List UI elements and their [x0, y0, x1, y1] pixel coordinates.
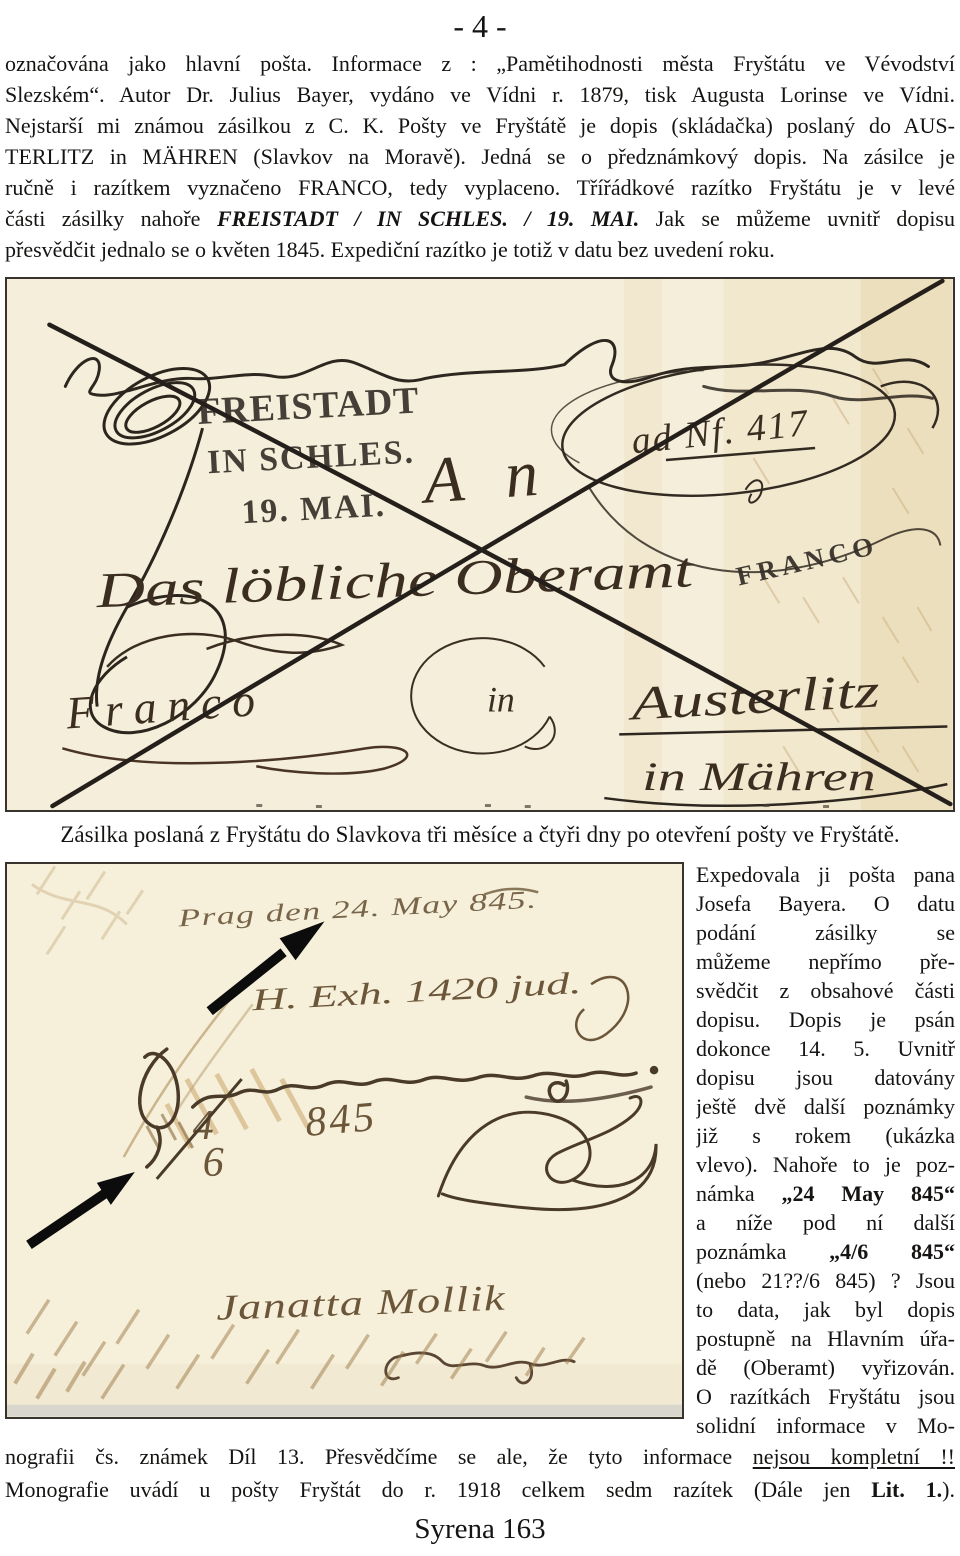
- letter-photo-1845-austerlitz: FREISTADT IN SCHLES. 19. MAI. ad Nf. 417…: [5, 277, 955, 812]
- fraction-denominator: 6: [203, 1140, 224, 1186]
- letter-detail-svg: Prag den 24. May 845. H. Exh. 1420 jud.: [7, 864, 682, 1417]
- right-column-line: a níže pod ní další: [696, 1208, 955, 1237]
- page-number: - 4 -: [5, 4, 955, 48]
- right-column-line: solidní informace v Mo-: [696, 1411, 955, 1440]
- right-column-line: vlevo). Nahoře to je poz-: [696, 1150, 955, 1179]
- postmark-line3: 19. MAI.: [241, 487, 387, 532]
- right-column-line: námka „24 May 845“: [696, 1179, 955, 1208]
- right-column-line: dě (Oberamt) vyřizován.: [696, 1353, 955, 1382]
- right-column-line: podání zásilky se: [696, 918, 955, 947]
- right-column-line: svědčit z obsahové části: [696, 976, 955, 1005]
- right-column-line: Josefa Bayera. O datu: [696, 889, 955, 918]
- note-ref-pre: poznámka: [696, 1239, 829, 1264]
- text-wrap-section: Prag den 24. May 845. H. Exh. 1420 jud.: [5, 860, 955, 1440]
- right-column-line: postupně na Hlavním úřa-: [696, 1324, 955, 1353]
- right-column-line: Expedovala ji pošta pana: [696, 860, 955, 889]
- paragraph2-line2: TERLITZ in MÄHREN (Slavkov na Moravě). J…: [5, 141, 955, 172]
- letter2-edge-strip: [7, 1405, 682, 1417]
- right-column-line: dopisu jsou datovány: [696, 1063, 955, 1092]
- letter-detail-photo: Prag den 24. May 845. H. Exh. 1420 jud.: [5, 862, 684, 1419]
- note-845-text: 845: [303, 1094, 379, 1146]
- bottom-paragraph-line2: Monografie uvádí u pošty Fryštát do r. 1…: [5, 1473, 955, 1506]
- note-ref-46: „4/6 845“: [829, 1239, 955, 1264]
- footer-journal-label: Syrena 163: [5, 1512, 955, 1546]
- address-in-text: in: [487, 680, 515, 720]
- right-column-line: dokonce 14. 5. Uvnitř: [696, 1034, 955, 1063]
- paragraph2-line3: ručně i razítkem vyznačeno FRANCO, tedy …: [5, 172, 955, 203]
- paragraph2-line1: Nejstarší mi známou zásilkou z C. K. Poš…: [5, 110, 955, 141]
- paragraph2-line4-pre: části zásilky nahoře: [5, 206, 217, 231]
- paragraph2-line4: části zásilky nahoře FREISTADT / IN SCHL…: [5, 203, 955, 234]
- right-column-line: již s rokem (ukázka: [696, 1121, 955, 1150]
- letter2-bottom-tint: [7, 1364, 682, 1405]
- right-column-line: ještě dvě další poznámky: [696, 1092, 955, 1121]
- destination-region: in Mähren: [642, 755, 876, 799]
- paragraph1-line2: Slezském“. Autor Dr. Julius Bayer, vydán…: [5, 79, 955, 110]
- bottom-line2-post: ).: [942, 1477, 955, 1502]
- stamp-text-reference: FREISTADT / IN SCHLES. / 19. MAI.: [217, 206, 639, 231]
- note-ref-pre: námka: [696, 1181, 782, 1206]
- bottom-line2-lit: Lit. 1.: [871, 1477, 942, 1502]
- right-column-line: (nebo 21??/6 845) ? Jsou: [696, 1266, 955, 1295]
- note-ref-24may: „24 May 845“: [782, 1181, 955, 1206]
- paragraph2-line4-post: Jak se můžeme uvnitř dopisu: [639, 206, 955, 231]
- bottom-line2-pre: Monografie uvádí u pošty Fryštát do r. 1…: [5, 1477, 871, 1502]
- right-column-line: O razítkách Fryštátu jsou: [696, 1382, 955, 1411]
- letter-photo-svg: FREISTADT IN SCHLES. 19. MAI. ad Nf. 417…: [7, 279, 953, 810]
- paragraph1-line1: označována jako hlavní pošta. Informace …: [5, 48, 955, 79]
- right-column-line: to data, jak byl dopis: [696, 1295, 955, 1324]
- right-column-line: poznámka „4/6 845“: [696, 1237, 955, 1266]
- document-page: - 4 - označována jako hlavní pošta. Info…: [0, 0, 960, 1556]
- bottom-line1-pre: nografii čs. známek Díl 13. Přesvědčíme …: [5, 1444, 753, 1469]
- bottom-line1-underlined: nejsou kompletní !!: [753, 1444, 955, 1469]
- right-column-line: můžeme nepřímo pře-: [696, 947, 955, 976]
- bottom-paragraph-line1: nografii čs. známek Díl 13. Přesvědčíme …: [5, 1440, 955, 1473]
- right-column-line: dopisu. Dopis je psán: [696, 1005, 955, 1034]
- paragraph2-line5: přesvědčit jednalo se o květen 1845. Exp…: [5, 234, 955, 265]
- figure-caption: Zásilka poslaná z Fryštátu do Slavkova t…: [5, 820, 955, 850]
